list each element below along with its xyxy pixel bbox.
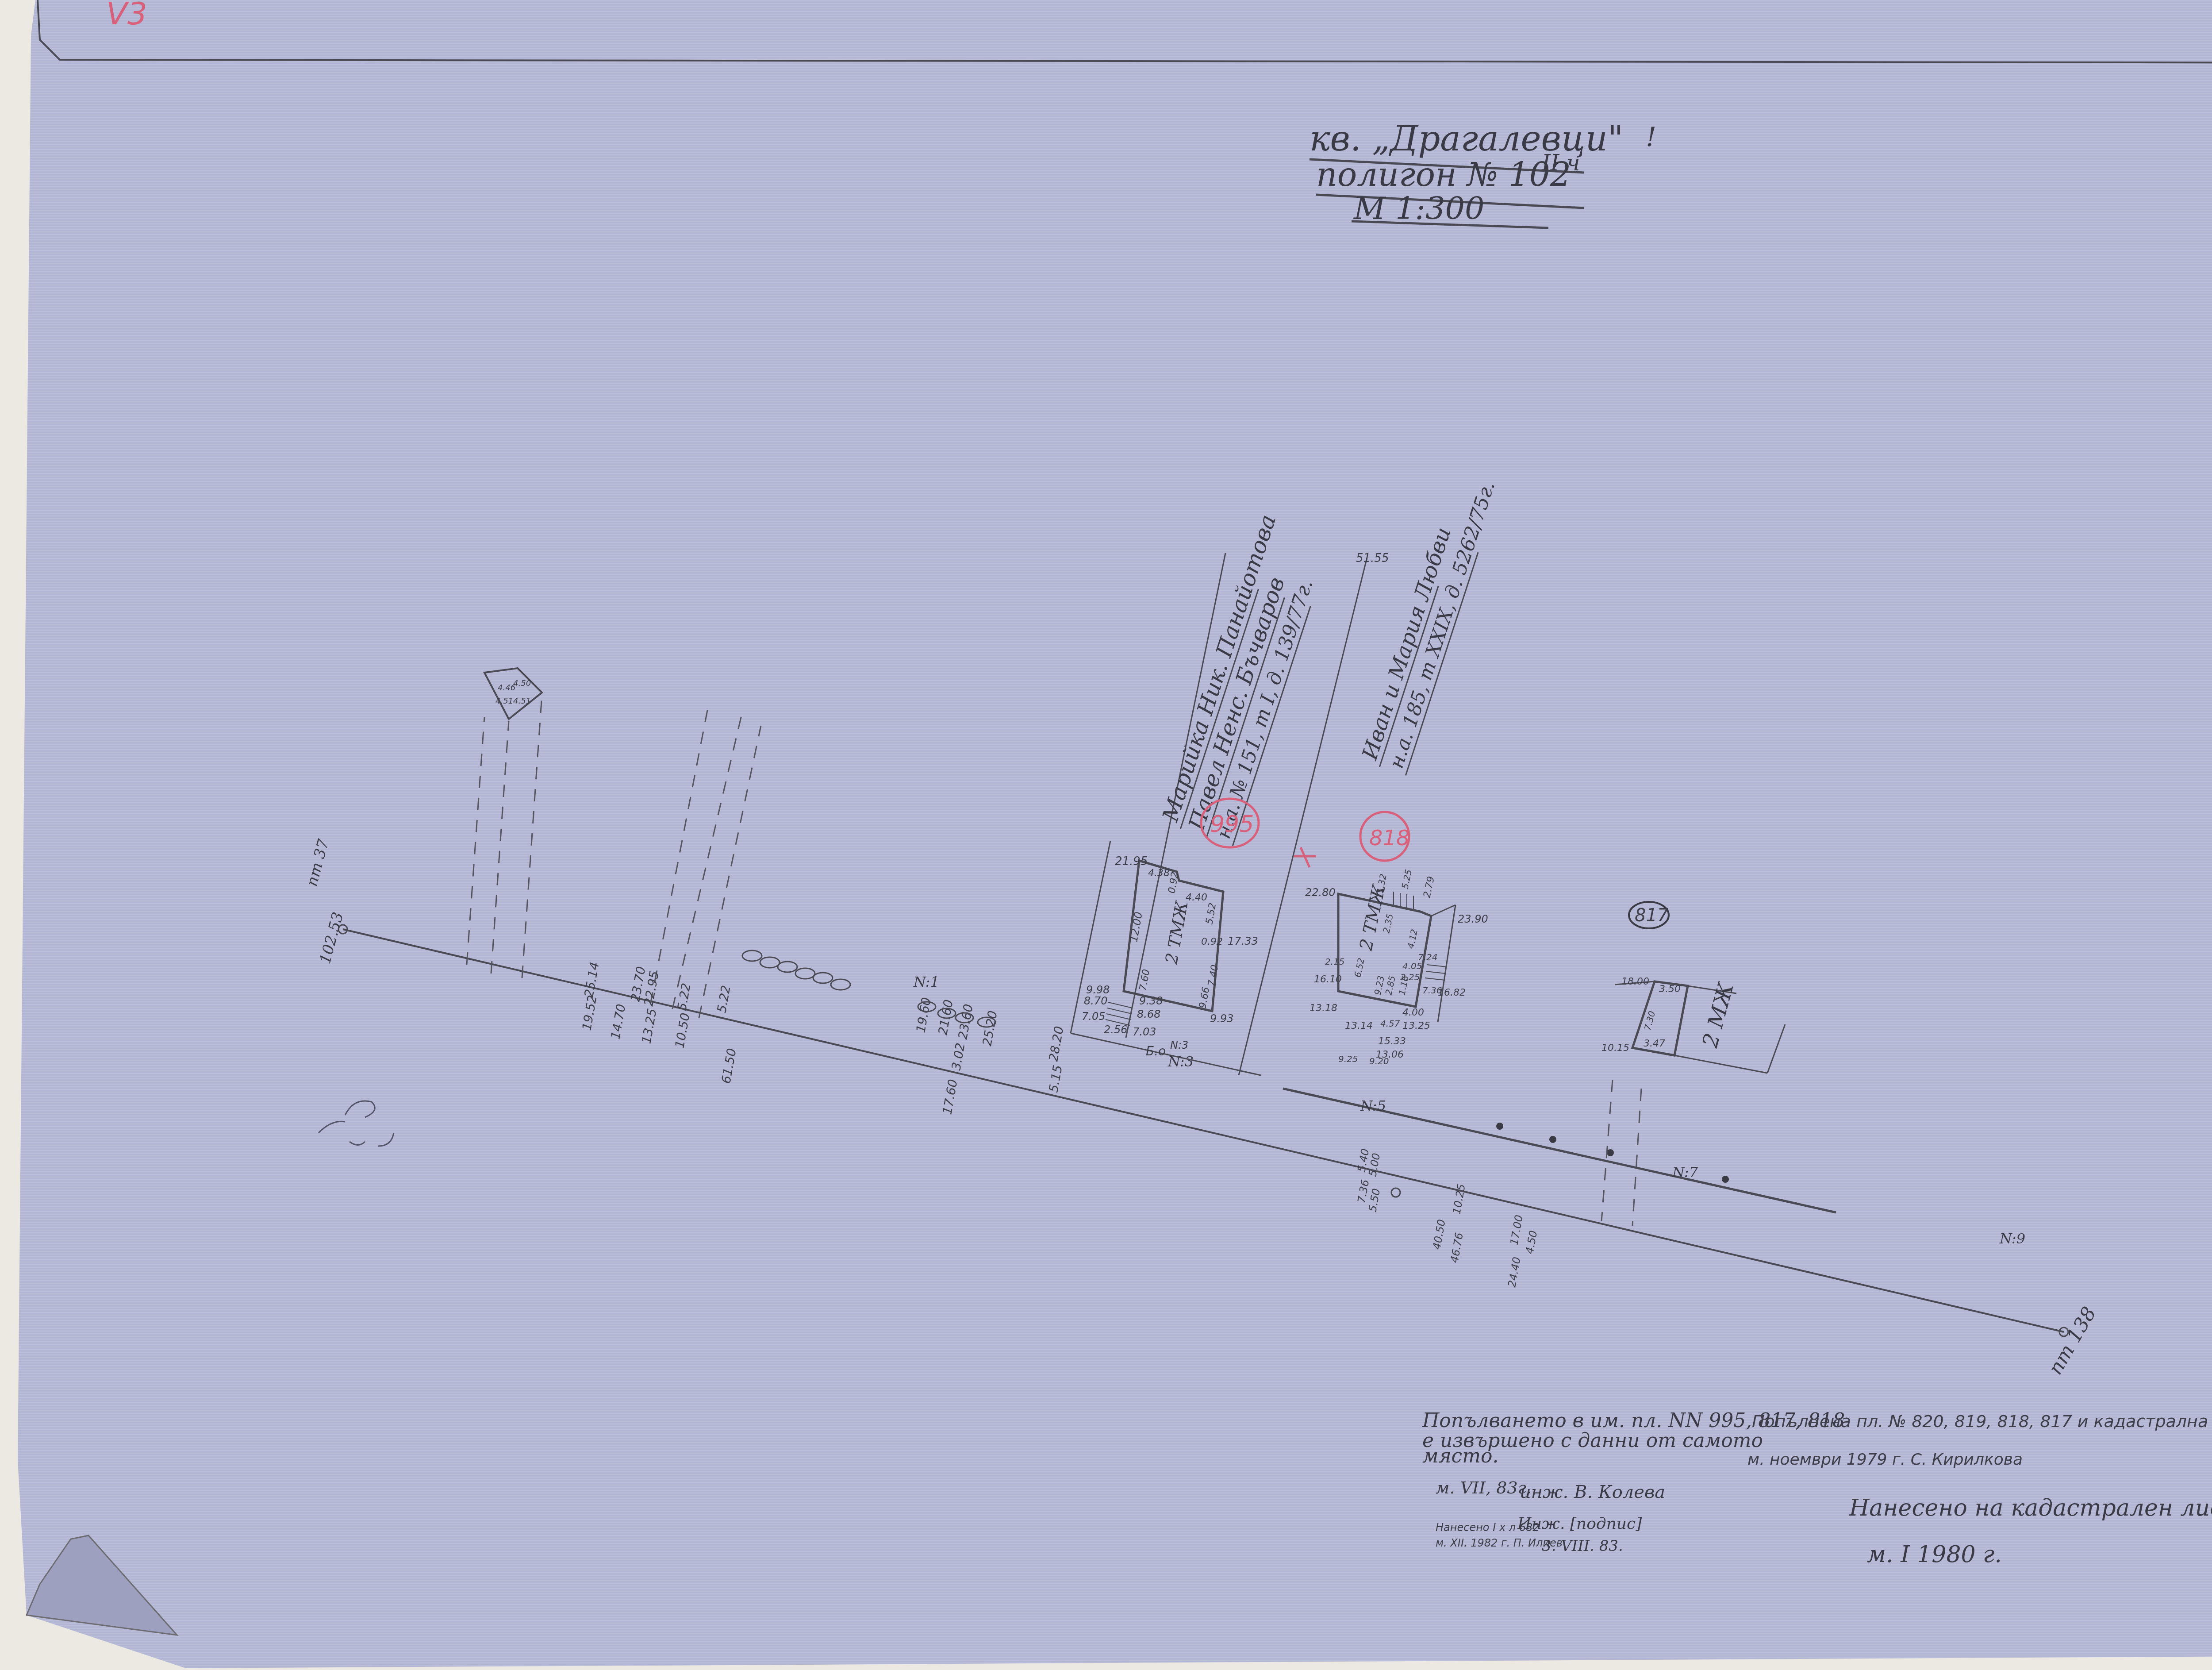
parcel-818-top-measure: 51.55 — [1356, 552, 1389, 565]
svg-text:7.03: 7.03 — [1133, 1026, 1156, 1038]
title-polygon: полигон № 102 — [1316, 156, 1571, 194]
svg-text:16.10: 16.10 — [1314, 974, 1342, 985]
svg-text:15.33: 15.33 — [1378, 1036, 1406, 1047]
station-label: N:1 — [913, 974, 939, 990]
svg-text:818: 818 — [1369, 826, 1410, 850]
svg-text:2.56: 2.56 — [1104, 1024, 1127, 1036]
svg-text:13.14: 13.14 — [1345, 1020, 1373, 1031]
svg-text:22.80: 22.80 — [1305, 886, 1336, 899]
svg-text:16.82: 16.82 — [1438, 987, 1466, 998]
svg-text:10.15: 10.15 — [1601, 1043, 1629, 1054]
svg-text:13.25: 13.25 — [1402, 1020, 1430, 1031]
svg-text:9.93: 9.93 — [1210, 1012, 1233, 1025]
note2-line1: Попълнена пл. № 820, 819, 818, 817 и кад… — [1752, 1412, 2212, 1431]
svg-text:4.57: 4.57 — [1380, 1018, 1400, 1029]
svg-text:18.00: 18.00 — [1621, 976, 1649, 987]
corner-mark: V3 — [106, 0, 147, 32]
svg-text:21.95: 21.95 — [1115, 855, 1148, 868]
station-label: N:5 — [1360, 1097, 1386, 1114]
svg-text:9.25: 9.25 — [1338, 1054, 1358, 1064]
svg-text:3.47: 3.47 — [1644, 1038, 1665, 1049]
svg-text:7.05: 7.05 — [1082, 1010, 1105, 1023]
street-label: Б.о. — [1146, 1044, 1170, 1058]
svg-text:4.51: 4.51 — [513, 696, 531, 706]
svg-text:8.70: 8.70 — [1084, 995, 1107, 1007]
svg-text:9.38: 9.38 — [1139, 995, 1163, 1007]
svg-text:9.20: 9.20 — [1369, 1056, 1389, 1066]
note-small-line2: м. XII. 1982 г. П. Илиев — [1436, 1537, 1563, 1549]
note3-line1: Нанесено на кадастрален лист 682 - [подп… — [1849, 1495, 2212, 1521]
svg-text:17.33: 17.33 — [1228, 935, 1258, 947]
svg-text:9.98: 9.98 — [1086, 984, 1110, 996]
svg-text:4.05: 4.05 — [1402, 961, 1422, 971]
svg-text:4.40: 4.40 — [1186, 892, 1207, 903]
svg-text:8.68: 8.68 — [1137, 1008, 1160, 1020]
svg-text:4.50: 4.50 — [513, 679, 531, 688]
svg-text:23.90: 23.90 — [1458, 913, 1488, 925]
svg-text:0.92: 0.92 — [1201, 936, 1223, 947]
cadastral-plan-sheet: V3 кв. „Драгалевци" полигон № 102 II ч М… — [0, 0, 2212, 1670]
title-exclamation: ! — [1646, 122, 1656, 153]
title-polygon-part: II ч — [1541, 150, 1580, 176]
note3-line2: м. I 1980 г. — [1867, 1541, 2002, 1568]
note1-signer: инж. В. Колева — [1520, 1482, 1665, 1502]
svg-text:4.38: 4.38 — [1148, 868, 1170, 879]
svg-text:4.51: 4.51 — [495, 696, 513, 706]
svg-text:995: 995 — [1210, 811, 1254, 838]
svg-text:817: 817 — [1635, 905, 1669, 926]
svg-text:N:3: N:3 — [1170, 1039, 1188, 1051]
note1-line3: място. — [1422, 1445, 1498, 1467]
svg-text:3.50: 3.50 — [1659, 984, 1681, 995]
note-small-line1: Нанесено I x л 682 — [1436, 1521, 1540, 1534]
parcel-number-817: 817 — [1629, 902, 1669, 928]
svg-text:2.15: 2.15 — [1325, 956, 1345, 967]
station-label: N:9 — [1999, 1230, 2025, 1247]
station-label: N:7 — [1672, 1164, 1698, 1181]
note1-date: м. VII, 83г. — [1436, 1478, 1532, 1497]
svg-text:4.00: 4.00 — [1402, 1007, 1424, 1018]
note2-line2: м. ноември 1979 г. С. Кирилкова — [1747, 1451, 2023, 1469]
svg-text:13.18: 13.18 — [1310, 1003, 1337, 1014]
